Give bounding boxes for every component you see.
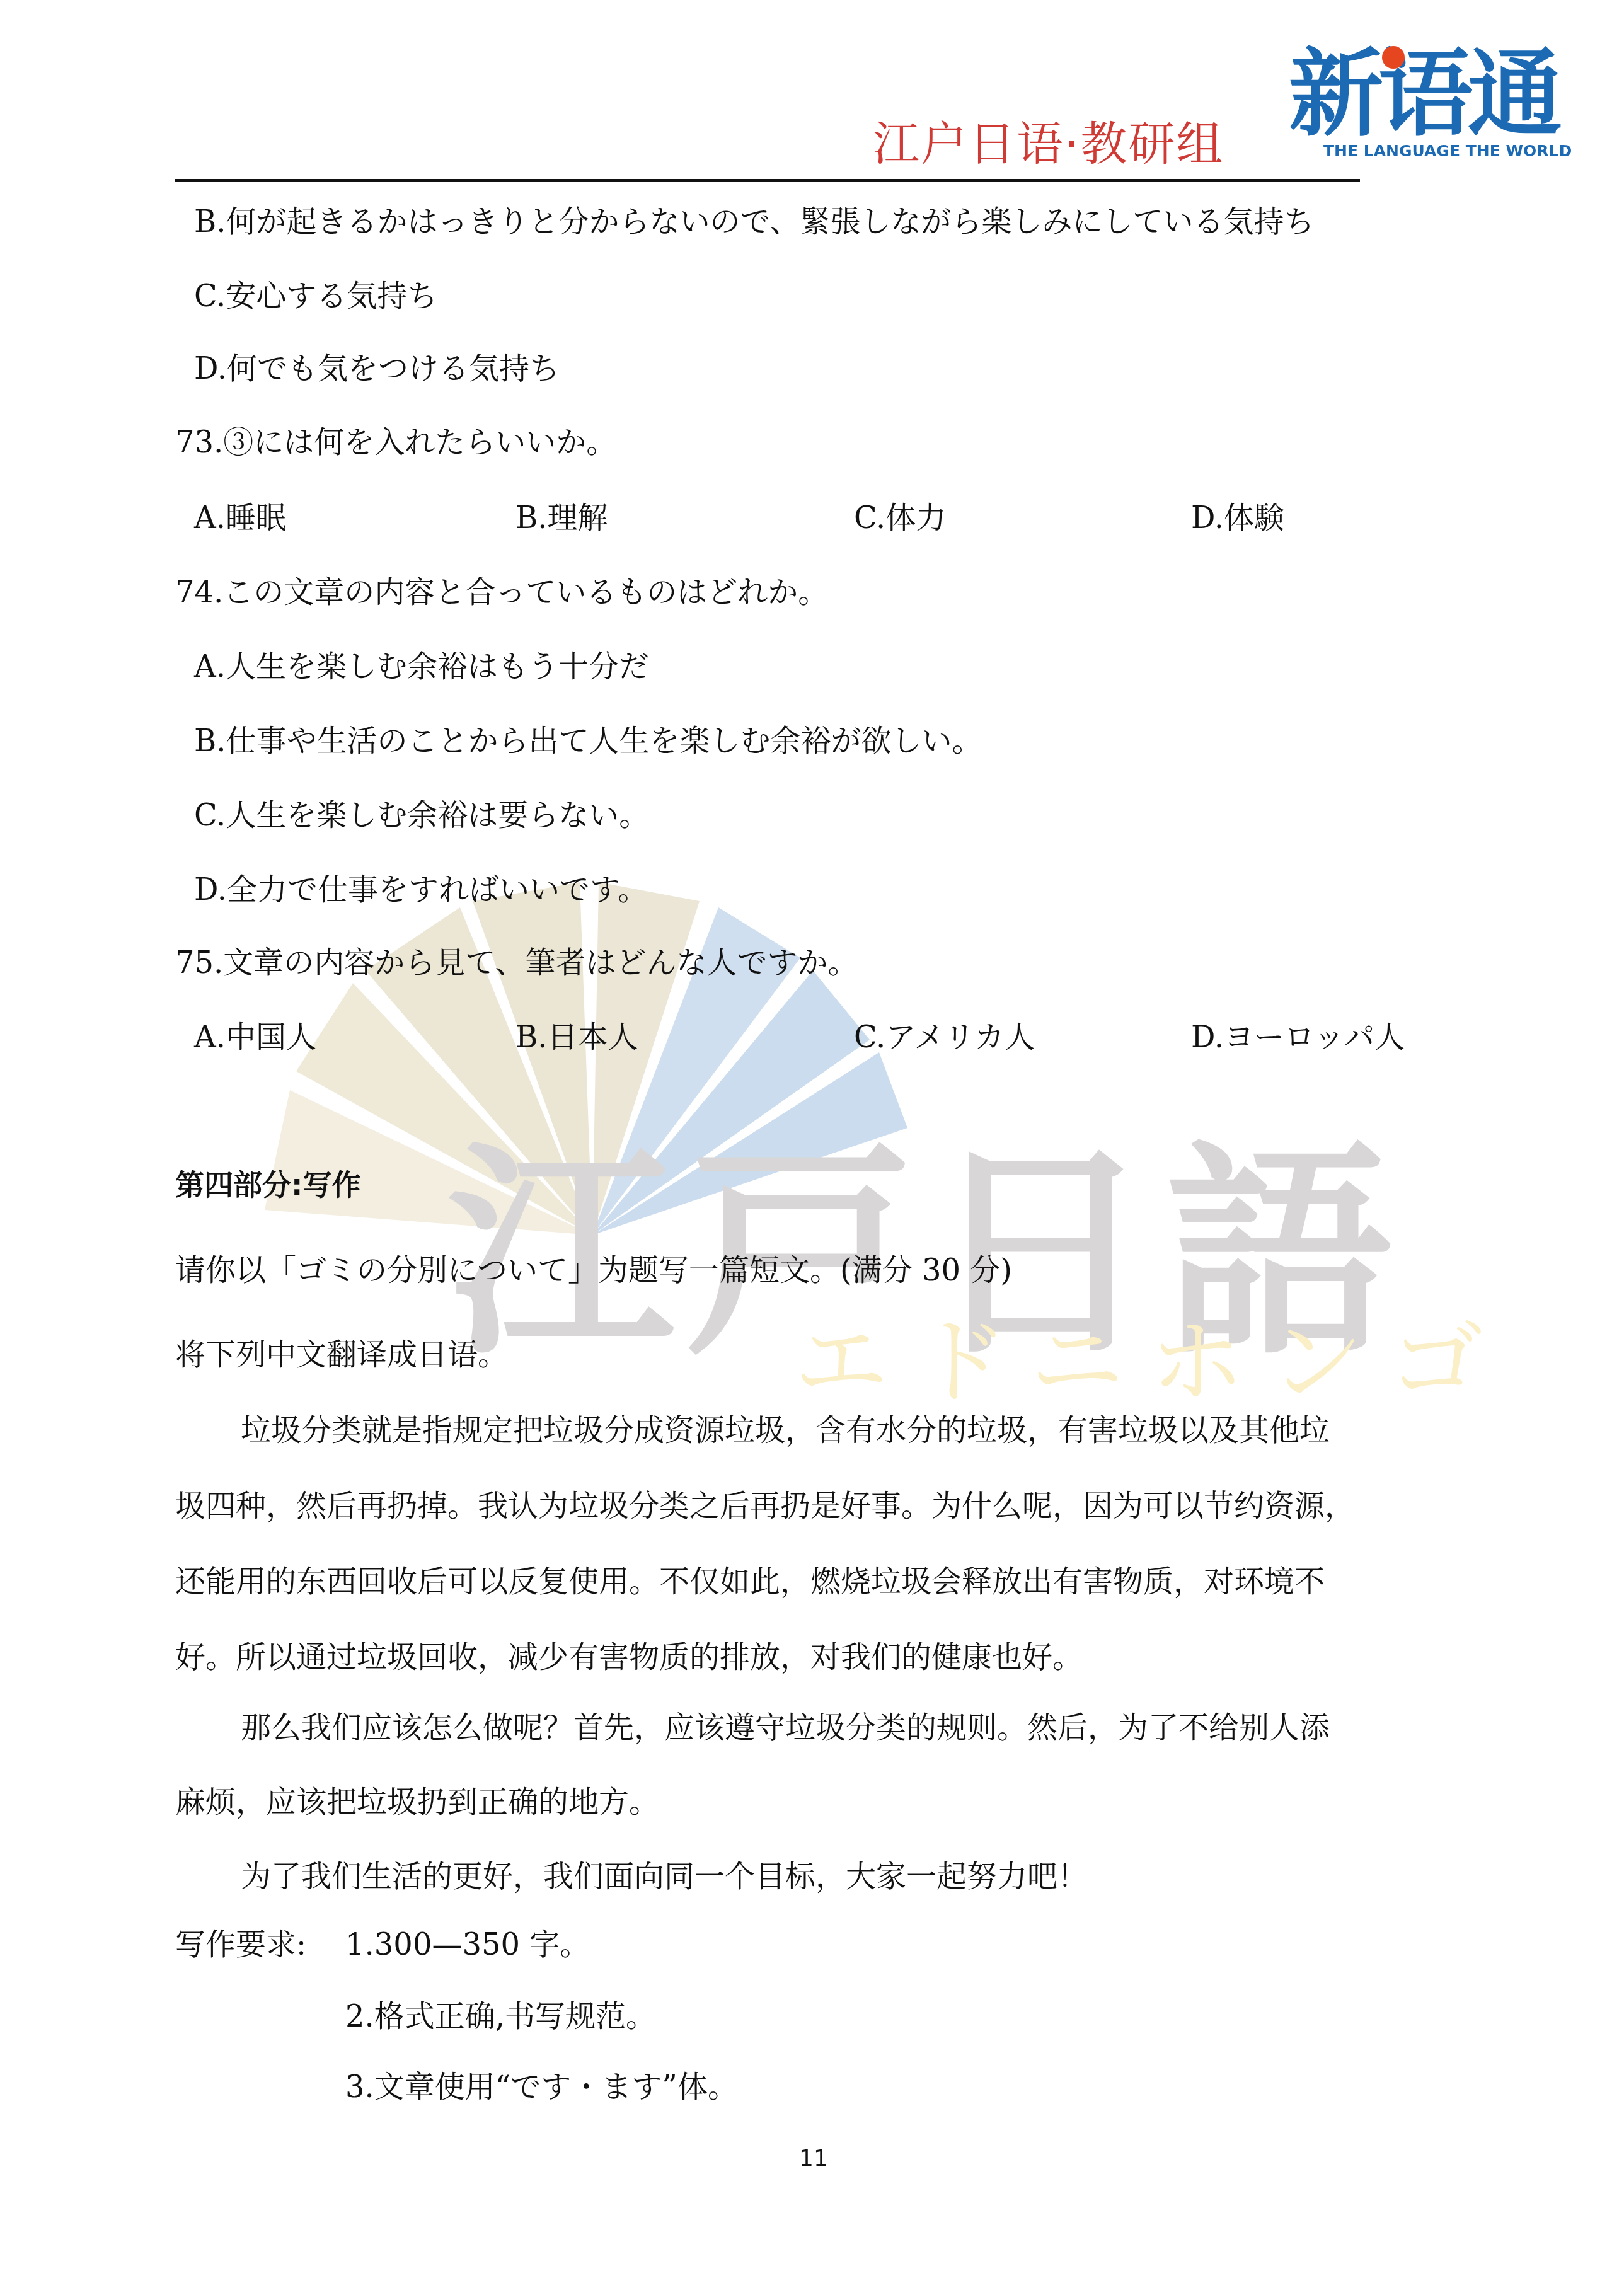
q73-option-c: C.体力: [854, 499, 946, 537]
paragraph-line: 圾四种，然后再扔掉。我认为垃圾分类之后再扔是好事。为什么呢，因为可以节约资源，: [175, 1487, 1355, 1525]
paragraph-line: 麻烦，应该把垃圾扔到正确的地方。: [175, 1783, 659, 1821]
header-brand-text: 江户日语·教研组: [873, 107, 1224, 174]
watermark-text: 江戸日語: [447, 1071, 1405, 1397]
requirements-label: 写作要求:: [175, 1926, 306, 1964]
q72-option-c: C.安心する気持ち: [194, 277, 437, 315]
q75-option-d: D.ヨーロッパ人: [1191, 1018, 1405, 1056]
q73-question: 73.③には何を入れたらいいか。: [175, 423, 616, 461]
paragraph-line: 垃圾分类就是指规定把垃圾分成资源垃圾，含有水分的垃圾，有害垃圾以及其他垃: [241, 1412, 1330, 1449]
q72-option-d: D.何でも気をつける気持ち: [194, 350, 560, 388]
requirement-item: 3.文章使用“です・ます”体。: [345, 2068, 738, 2106]
q75-option-b: B.日本人: [515, 1018, 638, 1056]
paragraph-line: 还能用的东西回收后可以反复使用。不仅如此，燃烧垃圾会释放出有害物质，对环境不: [175, 1563, 1325, 1601]
requirement-item: 1.300—350 字。: [345, 1926, 590, 1964]
paragraph-line: 为了我们生活的更好，我们面向同一个目标，大家一起努力吧！: [241, 1858, 1088, 1895]
paragraph-line: 好。所以通过垃圾回收，减少有害物质的排放，对我们的健康也好。: [175, 1638, 1083, 1676]
logo-tagline: THE LANGUAGE THE WORLD: [1323, 142, 1572, 160]
q73-option-a: A.睡眠: [194, 499, 286, 537]
logo: 新语通 THE LANGUAGE THE WORLD: [1289, 41, 1591, 161]
watermark-kana: エドニホンゴ: [794, 1286, 1509, 1422]
q74-option-a: A.人生を楽しむ余裕はもう十分だ: [194, 648, 649, 686]
header-divider: [175, 179, 1360, 182]
page-number: 11: [799, 2146, 828, 2171]
q75-question: 75.文章の内容から見て、筆者はどんな人ですか。: [175, 944, 858, 982]
section-title: 第四部分:写作: [175, 1166, 360, 1204]
writing-prompt: 请你以「ゴミの分別について」为题写一篇短文。(满分 30 分): [175, 1251, 1012, 1289]
logo-text: 新语通: [1289, 41, 1557, 148]
requirement-item: 2.格式正确,书写规范。: [345, 1998, 656, 2035]
q74-question: 74.この文章の内容と合っているものはどれか。: [175, 573, 828, 611]
q73-option-d: D.体験: [1191, 499, 1284, 537]
paragraph-line: 那么我们应该怎么做呢？首先，应该遵守垃圾分类的规则。然后，为了不给别人添: [241, 1709, 1330, 1747]
q74-option-c: C.人生を楽しむ余裕は要らない。: [194, 797, 649, 834]
writing-instruction: 将下列中文翻译成日语。: [175, 1336, 508, 1374]
q75-option-a: A.中国人: [194, 1018, 316, 1056]
q75-option-c: C.アメリカ人: [854, 1018, 1035, 1056]
q72-option-b: B.何が起きるかはっきりと分からないので、緊張しながら楽しみにしている気持ち: [194, 203, 1315, 241]
q74-option-d: D.全力で仕事をすればいいです。: [194, 871, 648, 909]
q74-option-b: B.仕事や生活のことから出て人生を楽しむ余裕が欲しい。: [194, 722, 982, 760]
q73-option-b: B.理解: [515, 499, 608, 537]
logo-dot-icon: [1382, 46, 1405, 69]
